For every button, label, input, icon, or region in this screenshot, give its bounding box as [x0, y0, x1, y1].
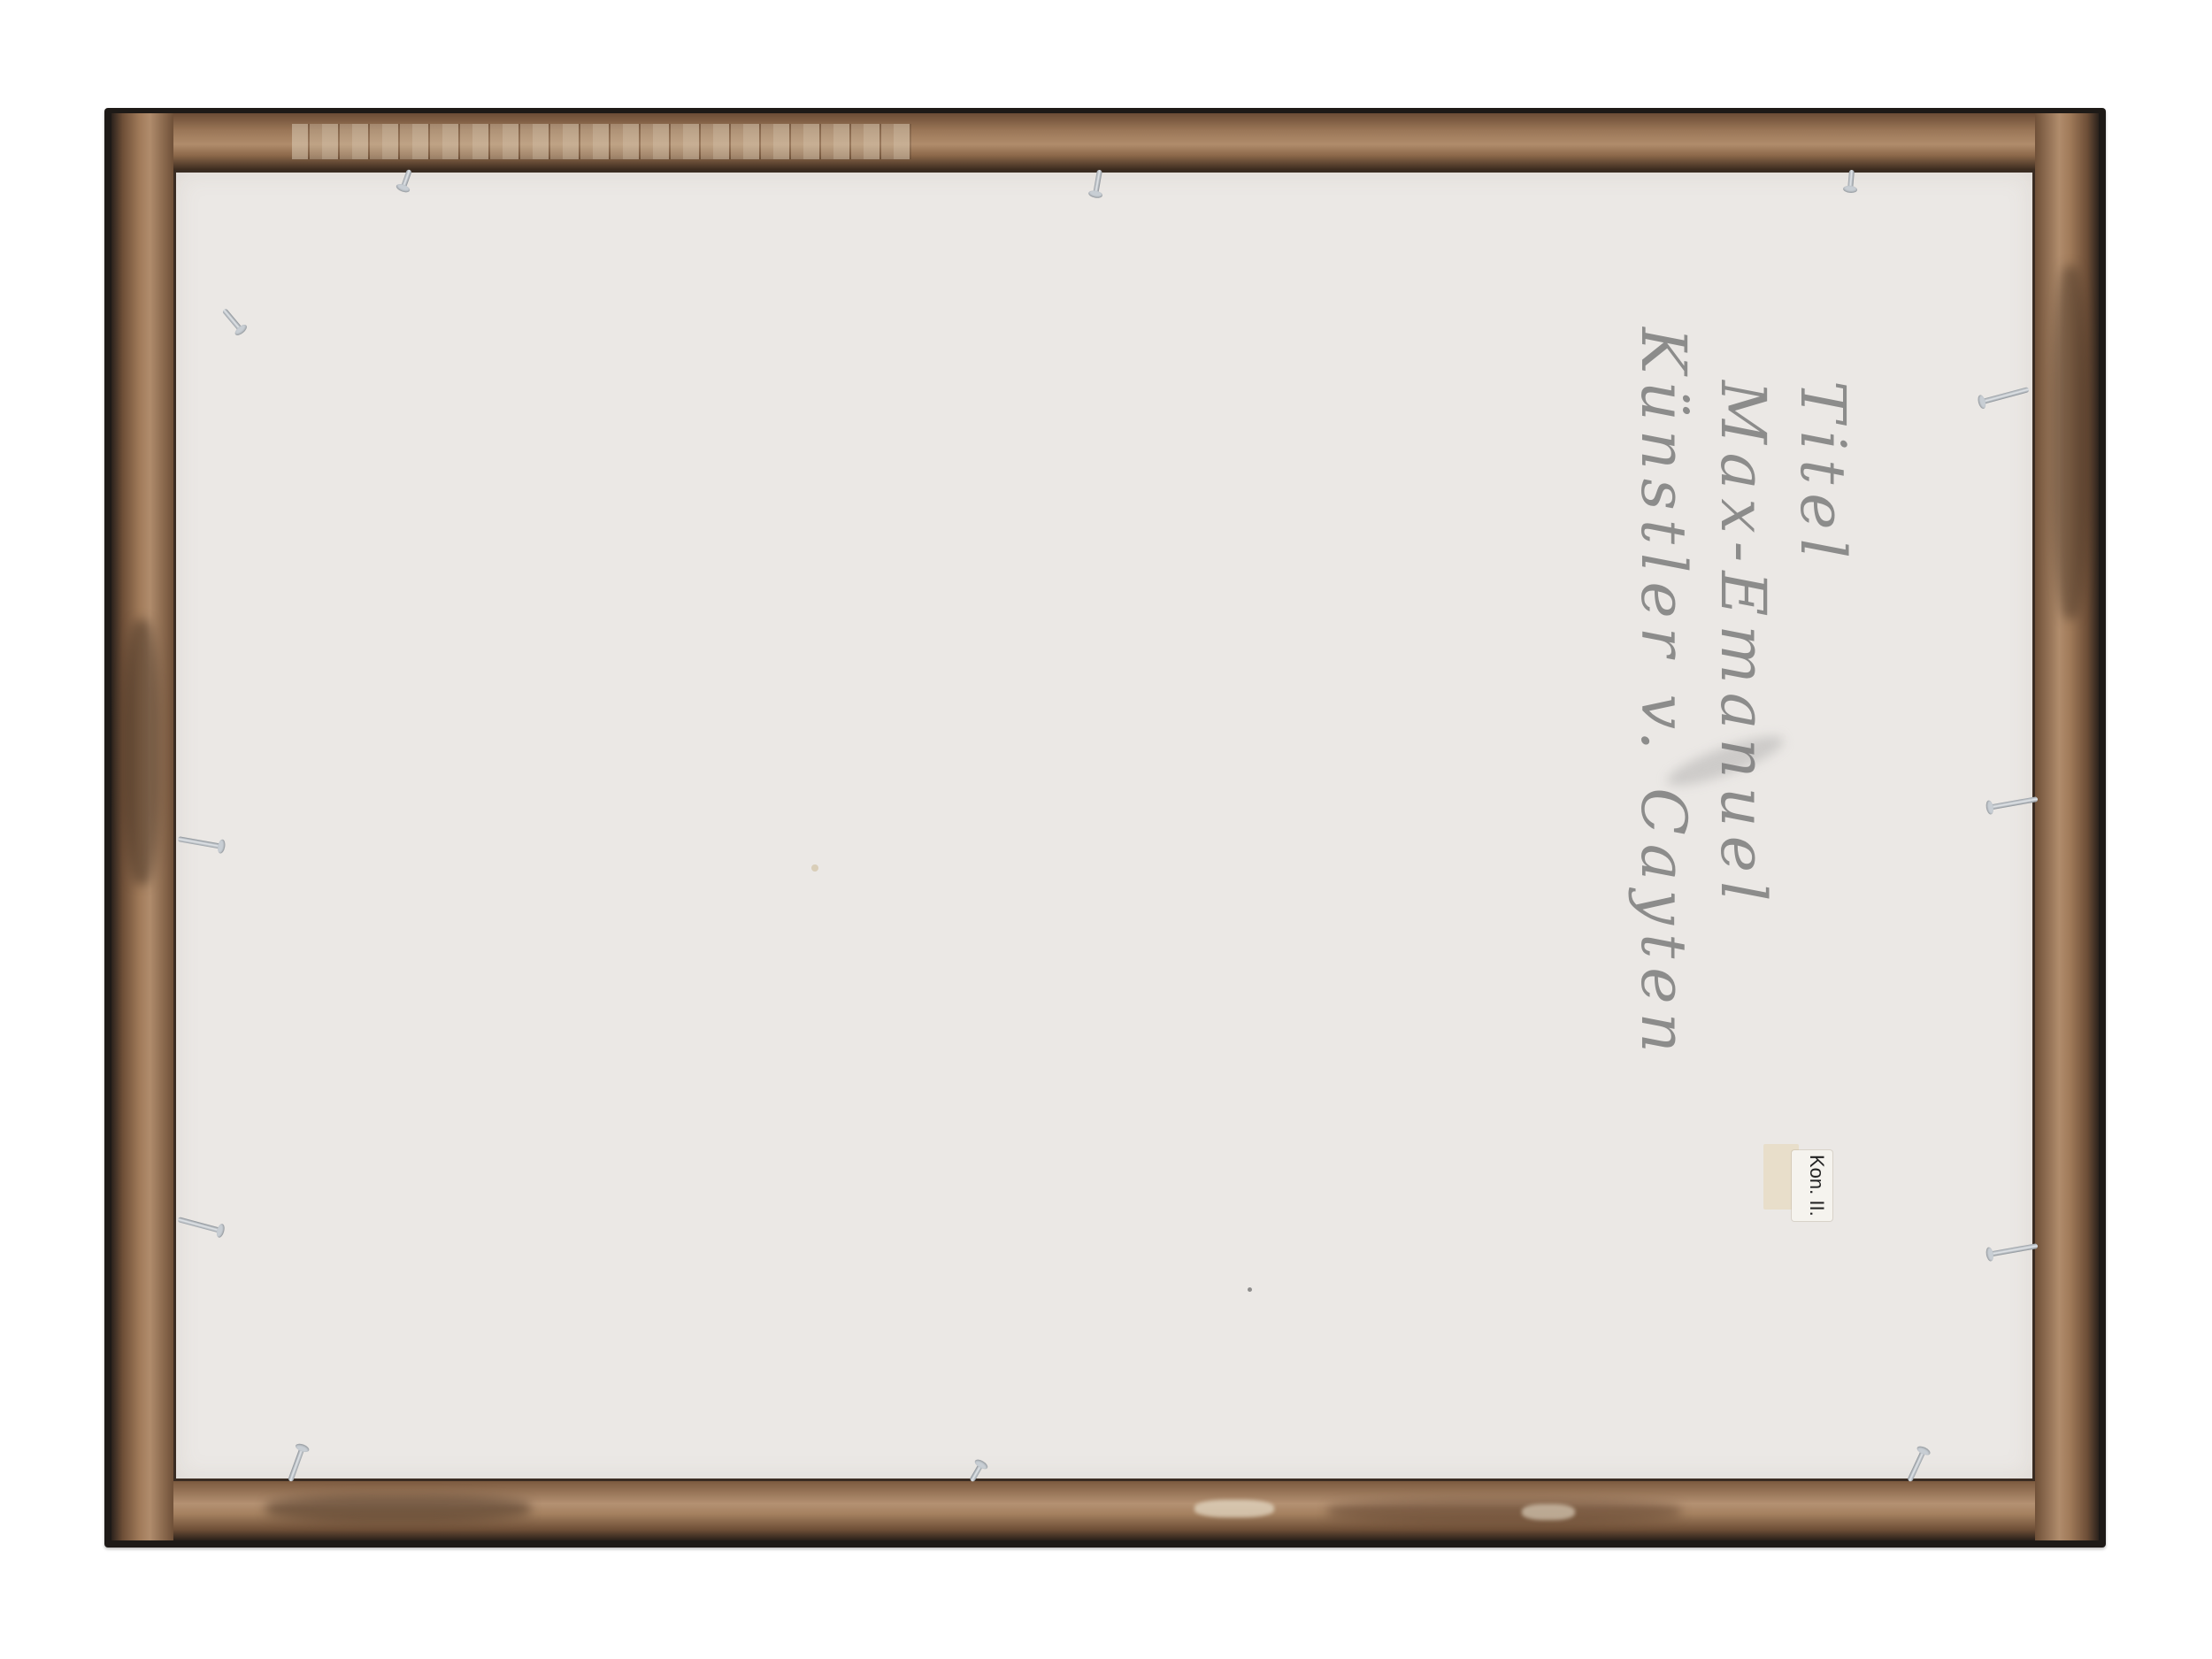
newspaper-remnant — [292, 124, 911, 159]
nail — [1847, 170, 1855, 189]
inscription-line-artist: Künstler v. Cayten — [1632, 327, 1694, 1062]
wood-stain — [124, 619, 159, 885]
paint-flake — [1522, 1504, 1575, 1520]
wood-stain — [1327, 1500, 1681, 1523]
wood-stain — [265, 1495, 531, 1522]
inscription-line-name: Max-Emanuel — [1712, 380, 1774, 910]
stain-speck — [1248, 1287, 1252, 1292]
photo-scene: Titel Max-Emanuel Künstler v. Cayten Kon… — [0, 0, 2212, 1659]
inscription-line-title: Titel — [1792, 380, 1854, 567]
wood-stain — [2053, 265, 2088, 619]
inventory-label-text: Kon. II. — [1801, 1155, 1828, 1217]
stain-speck — [811, 864, 818, 872]
paint-flake — [1194, 1500, 1274, 1517]
